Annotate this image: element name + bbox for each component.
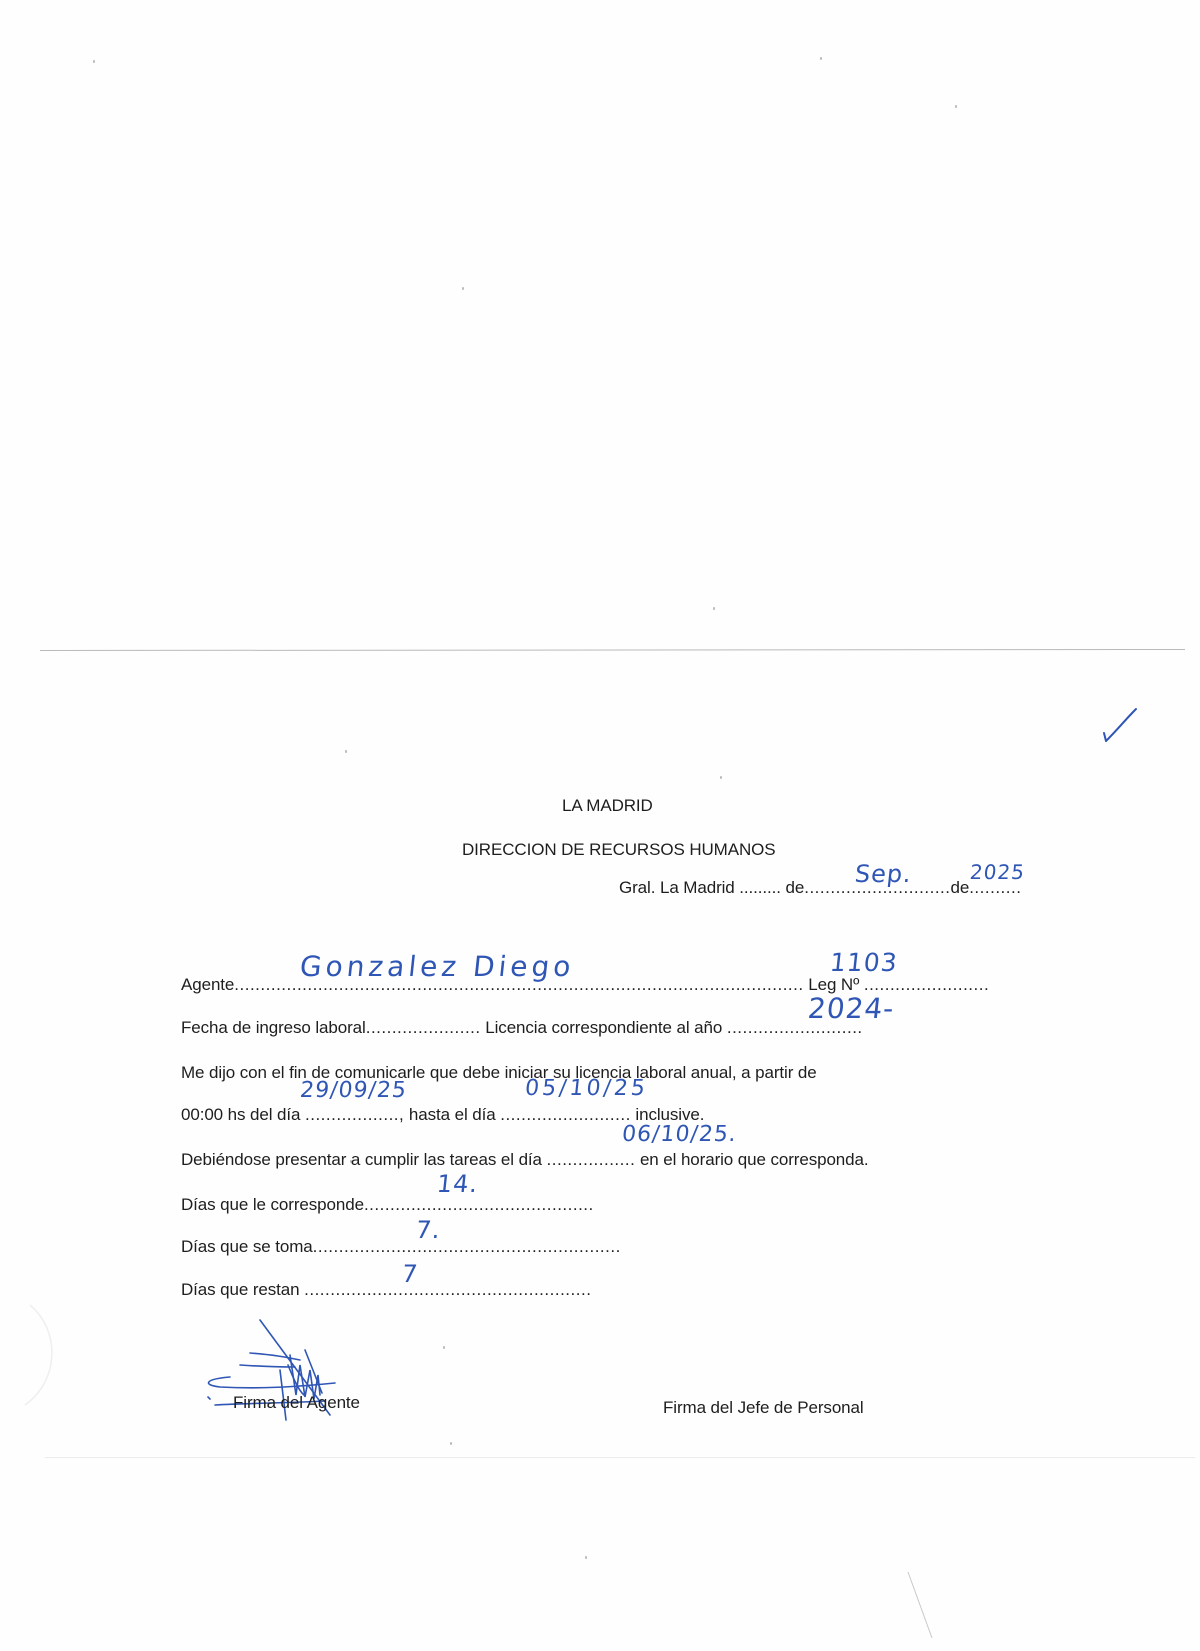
dias-restan-dots: ........................................… bbox=[304, 1280, 591, 1299]
year-value[interactable]: 2025 bbox=[969, 862, 1026, 882]
dias-corresponde-dots: ........................................… bbox=[364, 1195, 594, 1214]
ingreso-licencia-line: Fecha de ingreso laboral................… bbox=[181, 1019, 863, 1036]
agent-signature-label: Firma del Agente bbox=[233, 1394, 360, 1411]
dias-toma-value[interactable]: 7. bbox=[415, 1218, 442, 1242]
scan-artifact-arc bbox=[20, 1300, 70, 1410]
year-label: de bbox=[950, 878, 969, 897]
dias-restan-value[interactable]: 7 bbox=[401, 1262, 420, 1286]
dias-toma-dots: ........................................… bbox=[313, 1237, 621, 1256]
dias-corresponde-label: Días que le corresponde bbox=[181, 1195, 364, 1214]
body-line-2: 00:00 hs del día .................., has… bbox=[181, 1106, 704, 1123]
scan-speck bbox=[955, 105, 957, 108]
scan-speck bbox=[93, 60, 95, 63]
scan-speck bbox=[450, 1442, 452, 1445]
agente-value[interactable]: Gonzalez Diego bbox=[299, 953, 576, 981]
dias-restan-label: Días que restan bbox=[181, 1280, 300, 1299]
body-line-3: Debiéndose presentar a cumplir las tarea… bbox=[181, 1151, 869, 1168]
department-heading: DIRECCION DE RECURSOS HUMANOS bbox=[462, 841, 776, 858]
scan-speck bbox=[820, 57, 822, 60]
fold-line-bottom bbox=[45, 1457, 1195, 1458]
scan-speck bbox=[345, 750, 347, 753]
fecha-ingreso-label: Fecha de ingreso laboral bbox=[181, 1018, 366, 1037]
month-value[interactable]: Sep. bbox=[854, 862, 913, 886]
dias-toma-label: Días que se toma bbox=[181, 1237, 313, 1256]
desde-dots: .................., bbox=[305, 1105, 404, 1124]
reintegro-label: Debiéndose presentar a cumplir las tarea… bbox=[181, 1150, 542, 1169]
date-line: Gral. La Madrid ......... de............… bbox=[619, 879, 1021, 896]
agente-label: Agente bbox=[181, 975, 234, 994]
fecha-ingreso-dots: ...................... bbox=[366, 1018, 481, 1037]
dias-restan-line: Días que restan ........................… bbox=[181, 1281, 591, 1298]
municipality-heading: LA MADRID bbox=[562, 797, 653, 814]
licencia-anio-value[interactable]: 2024- bbox=[807, 995, 896, 1023]
licencia-anio-label: Licencia correspondiente al año bbox=[485, 1018, 722, 1037]
scan-speck bbox=[585, 1556, 587, 1559]
reintegro-value[interactable]: 06/10/25. bbox=[621, 1124, 738, 1146]
scan-speck bbox=[443, 1346, 445, 1349]
reintegro-dots: ................. bbox=[547, 1150, 636, 1169]
checkmark-icon bbox=[1100, 705, 1140, 745]
hasta-value[interactable]: 05/10/25 bbox=[524, 1078, 649, 1100]
horario-label: en el horario que corresponda. bbox=[635, 1150, 868, 1169]
legajo-value[interactable]: 1103 bbox=[829, 950, 899, 975]
date-prefix: Gral. La Madrid ......... de bbox=[619, 878, 804, 897]
chief-signature-label: Firma del Jefe de Personal bbox=[663, 1399, 864, 1416]
body-line-1: Me dijo con el fin de comunicarle que de… bbox=[181, 1064, 817, 1081]
desde-label: 00:00 hs del día bbox=[181, 1105, 300, 1124]
scan-artifact-scratch bbox=[905, 1570, 935, 1640]
hasta-dots: ......................... bbox=[500, 1105, 631, 1124]
fold-line-top bbox=[40, 649, 1185, 651]
dias-corresponde-line: Días que le corresponde.................… bbox=[181, 1196, 594, 1213]
scan-speck bbox=[720, 776, 722, 779]
dias-toma-line: Días que se toma........................… bbox=[181, 1238, 621, 1255]
scanned-page: LA MADRID DIRECCION DE RECURSOS HUMANOS … bbox=[0, 0, 1200, 1651]
hasta-label: hasta el día bbox=[404, 1105, 495, 1124]
scan-speck bbox=[713, 607, 715, 610]
desde-value[interactable]: 29/09/25 bbox=[299, 1080, 408, 1102]
dias-corresponde-value[interactable]: 14. bbox=[436, 1172, 480, 1196]
scan-speck bbox=[462, 287, 464, 290]
